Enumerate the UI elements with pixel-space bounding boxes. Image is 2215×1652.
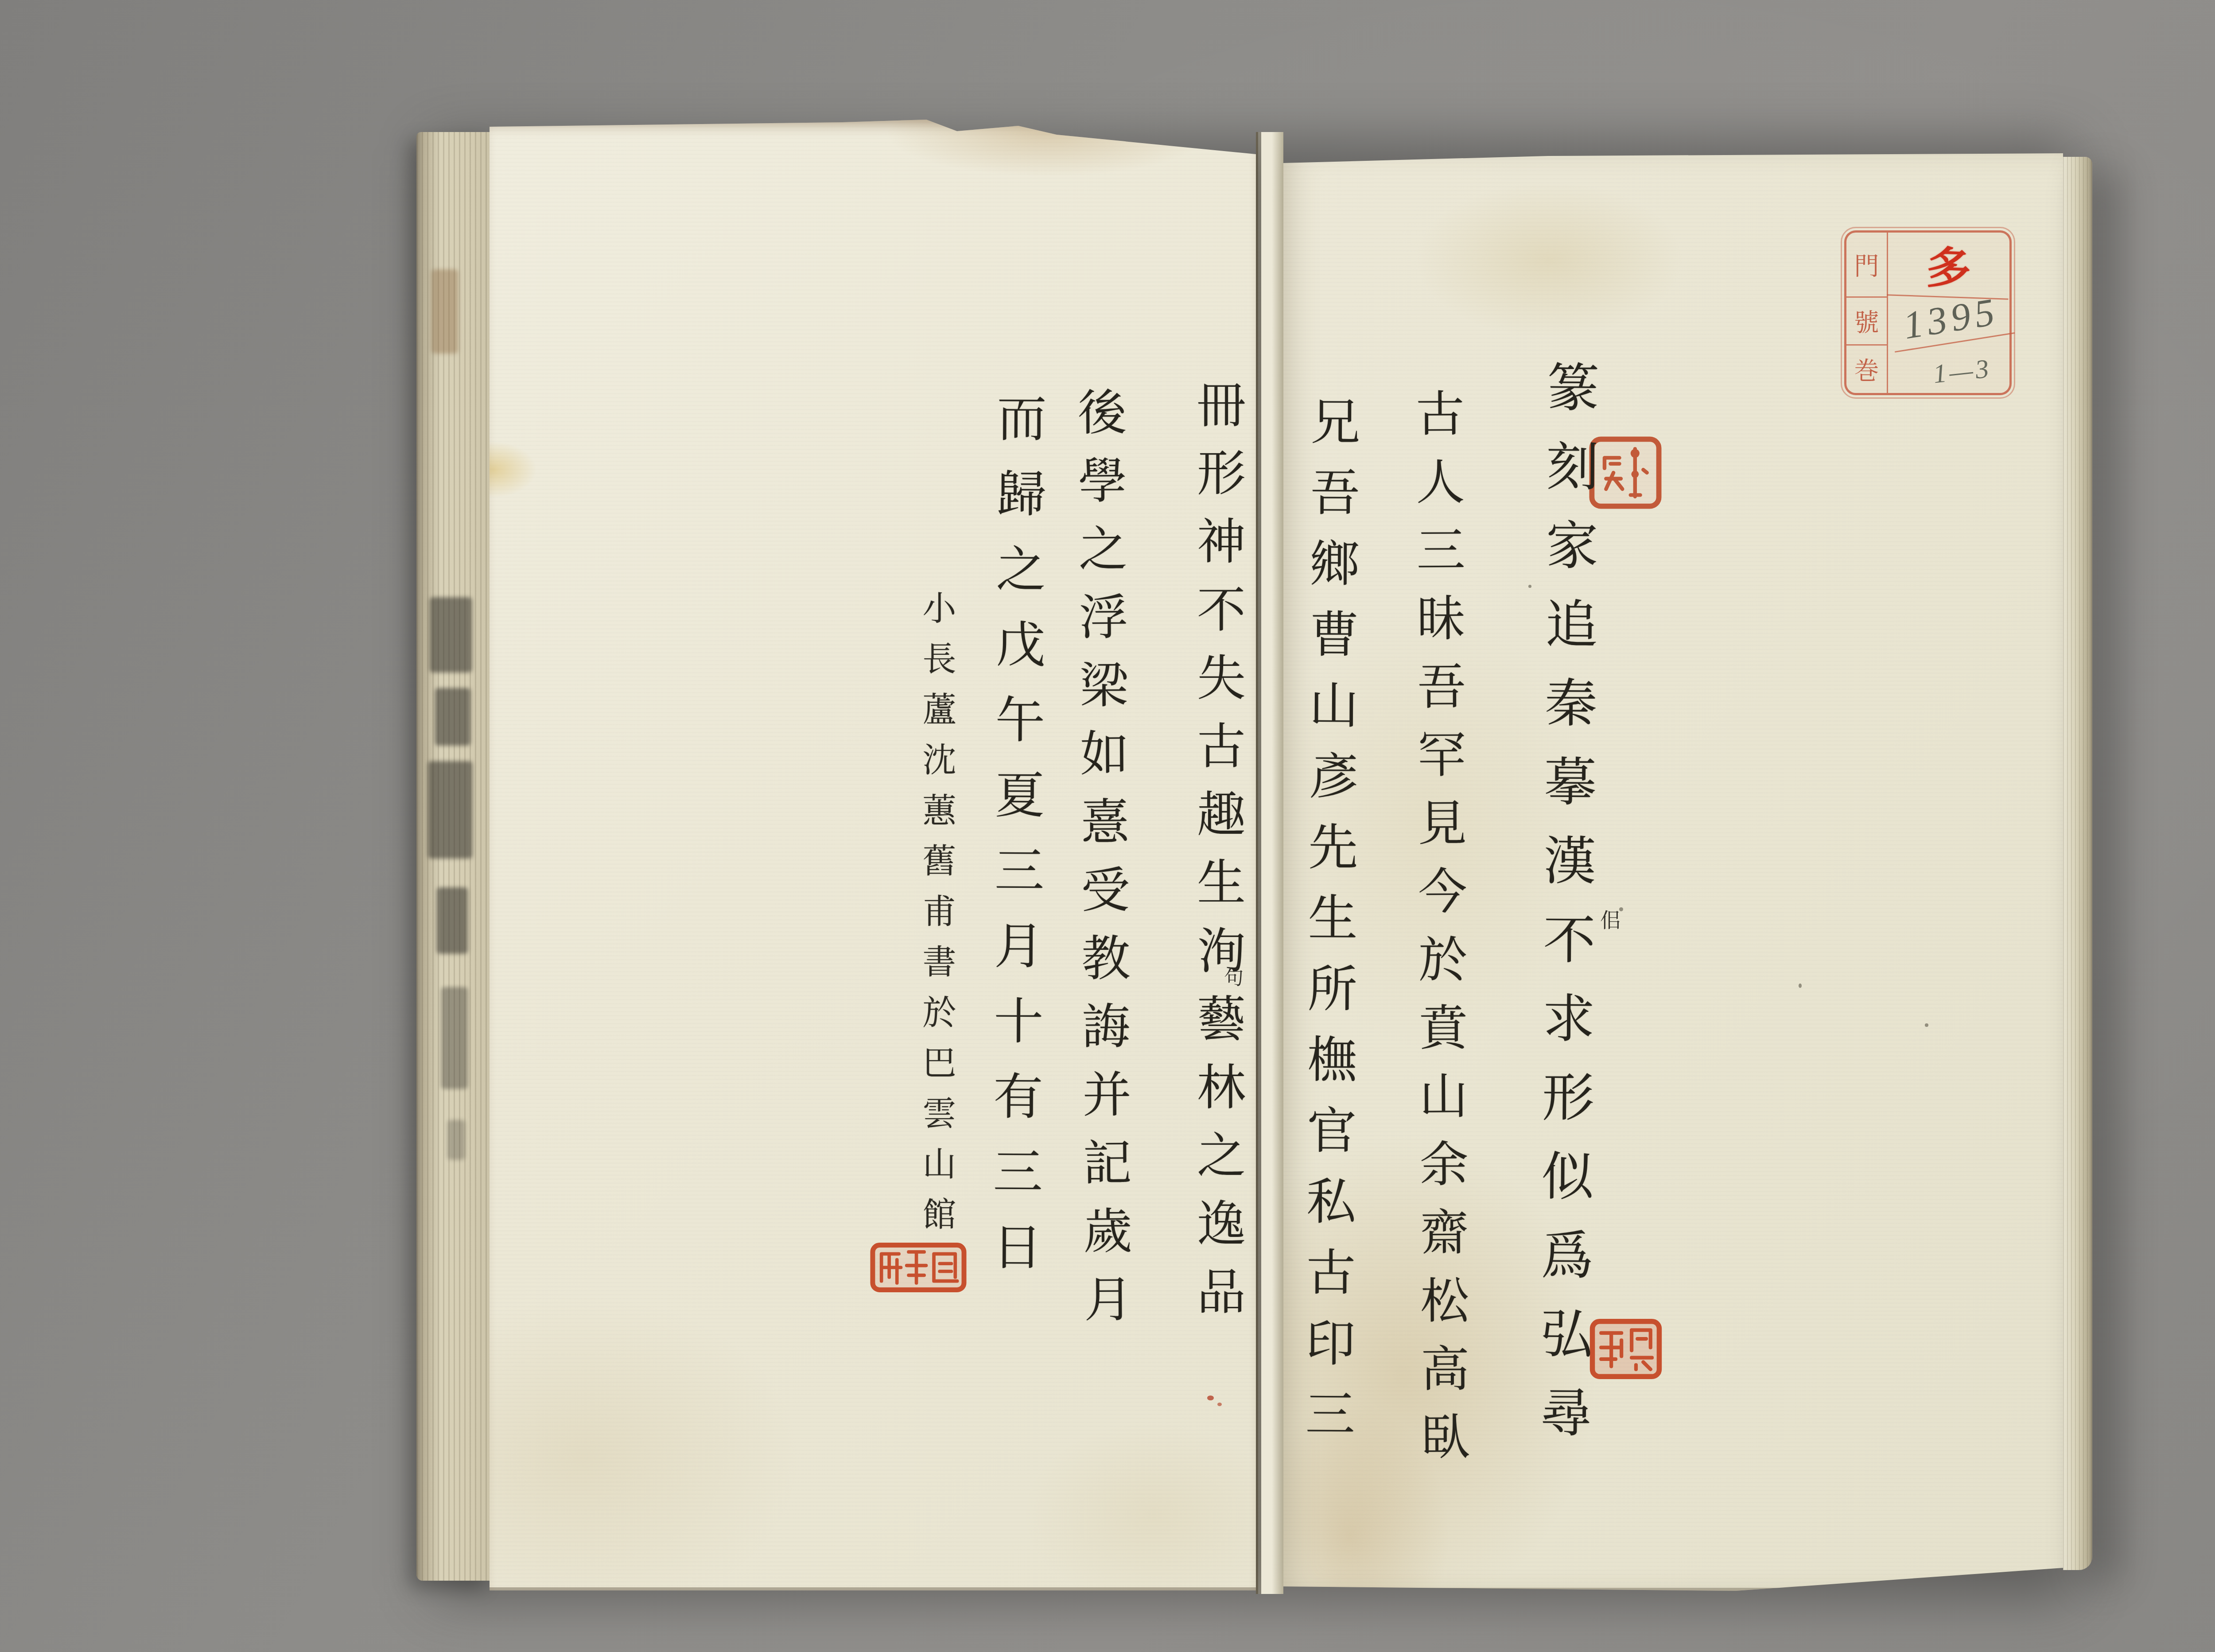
interlinear-note-2: 句 [1217, 967, 1246, 987]
calligraphy-column-6: 而歸之戊午夏三月十有三日 [988, 393, 1042, 1297]
left-page [490, 120, 1256, 1590]
fore-edge-smudge [437, 887, 468, 954]
paper-speck [1528, 585, 1531, 588]
photo-backdrop: 篆刻家追秦摹漢不求形似爲弘尋 古人三昧吾罕見今於賁山余齋松高臥 兄吾鄉曹山彥先生… [0, 0, 2215, 1652]
stamp-label-category: 門 [1846, 233, 1888, 298]
book-gutter [1256, 132, 1283, 1594]
calligraphy-column-1: 篆刻家追秦摹漢不求形似爲弘尋 [1534, 360, 1594, 1465]
signature-column: 小長蘆沈蕙舊甫書於巴雲山館 [919, 591, 953, 1247]
red-seal-lower [1589, 1318, 1662, 1380]
fore-edge-smudge [441, 987, 468, 1089]
fore-edge-smudge [428, 761, 472, 859]
library-stamp: 門 多 號 1395 巻 1—3 [1844, 230, 2012, 395]
calligraphy-column-3: 兄吾鄉曹山彥先生所橅官私古印三 [1301, 396, 1356, 1459]
stamp-label-volume: 巻 [1846, 346, 1888, 393]
fore-edge-smudge [447, 1120, 465, 1160]
red-ink-speck [1207, 1395, 1214, 1400]
calligraphy-column-5: 後學之浮梁如憙受教誨并記歲月 [1073, 387, 1128, 1342]
red-ink-speck [1217, 1403, 1222, 1406]
fore-edge-smudge [430, 597, 472, 672]
red-seal-upper [1588, 435, 1663, 511]
page-edge-stack-right [2063, 157, 2092, 1570]
fore-edge-smudge [431, 269, 458, 354]
red-seal-signature [869, 1242, 968, 1293]
calligraphy-column-4: 冊形神不失古趣生洵藝林之逸品 [1193, 379, 1241, 1334]
fore-edge-smudge [435, 688, 470, 746]
page-edge-stack-left [416, 132, 492, 1581]
stamp-volume-value: 1—3 [1900, 341, 2025, 401]
interlinear-note-1: 佀 [1594, 910, 1623, 930]
stamp-label-number: 號 [1846, 298, 1888, 346]
open-manuscript-book: 篆刻家追秦摹漢不求形似爲弘尋 古人三昧吾罕見今於賁山余齋松高臥 兄吾鄉曹山彥先生… [412, 114, 2095, 1596]
calligraphy-column-2: 古人三昧吾罕見今於賁山余齋松高臥 [1411, 388, 1466, 1480]
paper-speck [1925, 1023, 1928, 1027]
paper-speck [1799, 983, 1802, 988]
